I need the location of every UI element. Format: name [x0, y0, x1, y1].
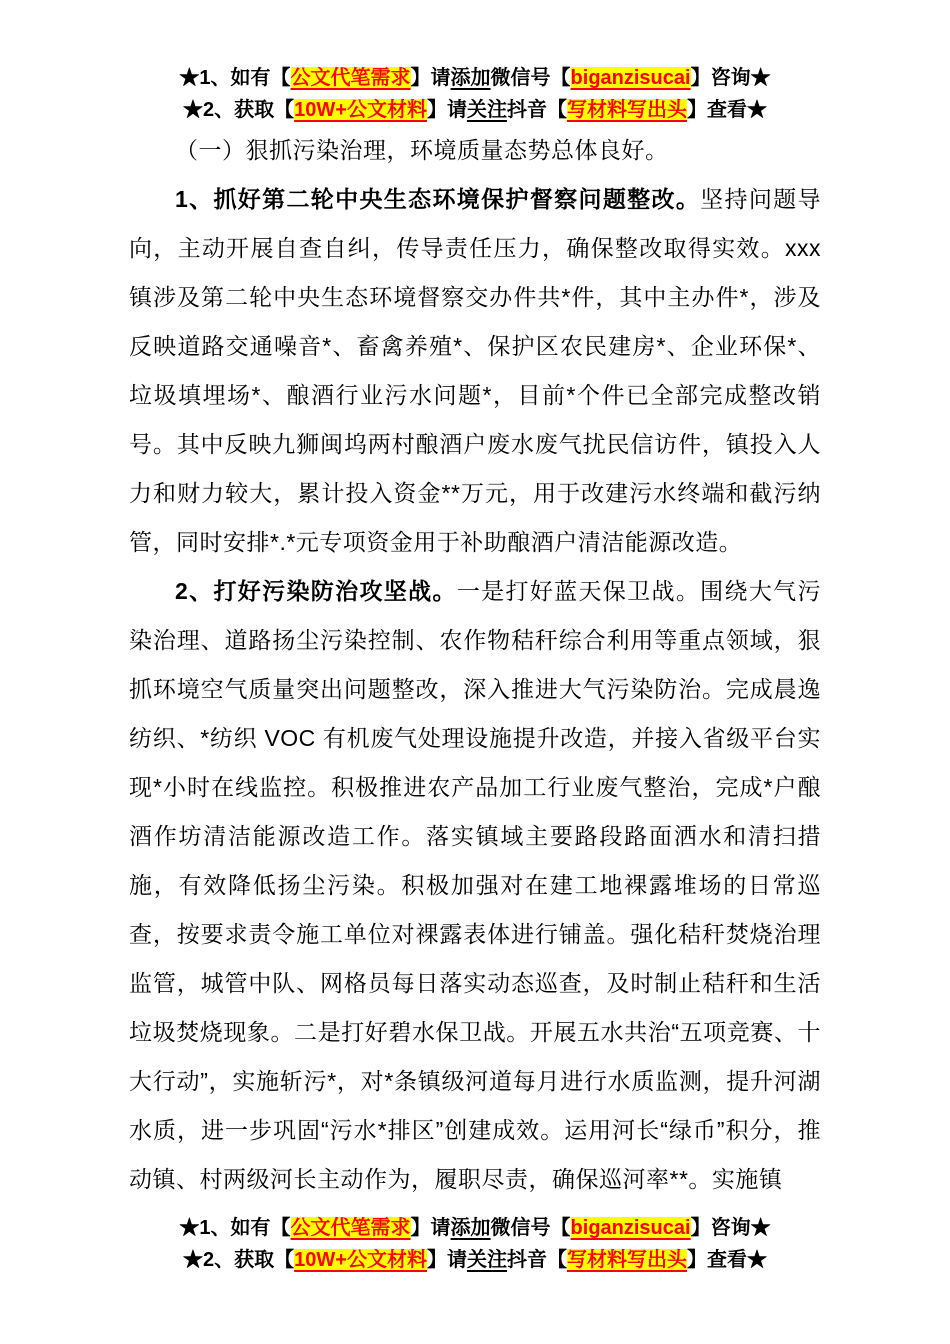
promo-bottom-line-2: ★2、获取【10W+公文材料】请关注抖音【写材料写出头】查看★	[0, 1244, 950, 1276]
promo-text-run: 】请	[427, 1249, 467, 1271]
promo-text-run: 微信号【	[491, 67, 571, 89]
promo-text-run: 】查看★	[687, 1249, 767, 1271]
promo-text-run: 添加	[451, 1217, 491, 1239]
promo-bottom-line-1: ★1、如有【公文代笔需求】请添加微信号【biganzisucai】咨询★	[0, 1212, 950, 1244]
paragraph-1-body: 坚持问题导向，主动开展自查自纠，传导责任压力，确保整改取得实效。xxx镇涉及第二…	[129, 186, 821, 555]
promo-text-run: biganzisucai	[571, 67, 691, 89]
promo-text-run: 抖音【	[507, 99, 567, 121]
promo-text-run: 】请	[411, 1217, 451, 1239]
promo-text-run: ★2、获取【	[183, 99, 294, 121]
promo-text-run: 公文代笔需求	[291, 67, 411, 89]
promo-text-run: 】咨询★	[691, 67, 771, 89]
promo-text-run: 】请	[411, 67, 451, 89]
section-heading: （一）狠抓污染治理，环境质量态势总体良好。	[129, 126, 821, 175]
paragraph-1: 1、抓好第二轮中央生态环境保护督察问题整改。坚持问题导向，主动开展自查自纠，传导…	[129, 175, 821, 567]
promo-text-run: 10W+公文材料	[294, 99, 427, 121]
promo-text-run: biganzisucai	[571, 1217, 691, 1239]
paragraph-2: 2、打好污染防治攻坚战。一是打好蓝天保卫战。围绕大气污染治理、道路扬尘污染控制、…	[129, 567, 821, 1204]
paragraph-1-lead: 1、抓好第二轮中央生态环境保护督察问题整改。	[175, 186, 700, 212]
promo-text-run: 10W+公文材料	[294, 1249, 427, 1271]
promo-top-line-2: ★2、获取【10W+公文材料】请关注抖音【写材料写出头】查看★	[0, 94, 950, 126]
promo-text-run: ★2、获取【	[183, 1249, 294, 1271]
promo-text-run: 公文代笔需求	[291, 1217, 411, 1239]
promo-text-run: 】请	[427, 99, 467, 121]
promo-text-run: 写材料写出头	[567, 1249, 687, 1271]
document-body: （一）狠抓污染治理，环境质量态势总体良好。 1、抓好第二轮中央生态环境保护督察问…	[129, 126, 821, 1204]
promo-banner-bottom: ★1、如有【公文代笔需求】请添加微信号【biganzisucai】咨询★ ★2、…	[0, 1212, 950, 1276]
promo-text-run: ★1、如有【	[179, 67, 290, 89]
promo-text-run: 关注	[467, 1249, 507, 1271]
promo-text-run: 】咨询★	[691, 1217, 771, 1239]
promo-text-run: 关注	[467, 99, 507, 121]
promo-text-run: 】查看★	[687, 99, 767, 121]
paragraph-2-lead: 2、打好污染防治攻坚战。	[175, 578, 457, 604]
promo-text-run: 抖音【	[507, 1249, 567, 1271]
promo-text-run: 写材料写出头	[567, 99, 687, 121]
promo-banner-top: ★1、如有【公文代笔需求】请添加微信号【biganzisucai】咨询★ ★2、…	[0, 62, 950, 126]
promo-text-run: ★1、如有【	[179, 1217, 290, 1239]
paragraph-2-body: 一是打好蓝天保卫战。围绕大气污染治理、道路扬尘污染控制、农作物秸秆综合利用等重点…	[129, 578, 821, 1192]
promo-text-run: 添加	[451, 67, 491, 89]
document-page: ★1、如有【公文代笔需求】请添加微信号【biganzisucai】咨询★ ★2、…	[0, 0, 950, 1344]
promo-text-run: 微信号【	[491, 1217, 571, 1239]
promo-top-line-1: ★1、如有【公文代笔需求】请添加微信号【biganzisucai】咨询★	[0, 62, 950, 94]
